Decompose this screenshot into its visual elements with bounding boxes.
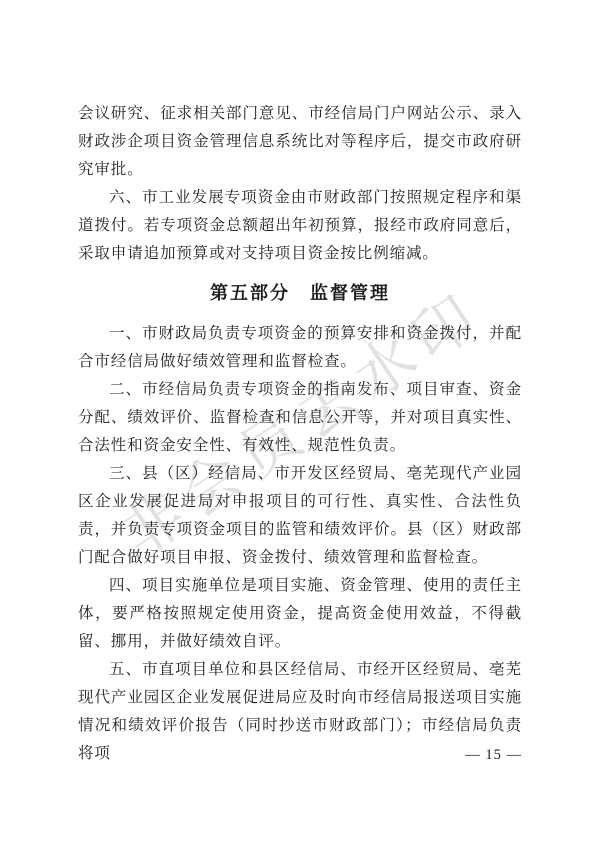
paragraph-continuation: 会议研究、征求相关部门意见、市经信局门户网站公示、录入财政涉企项目资金管理信息系…: [78, 100, 522, 184]
page-number: — 15 —: [465, 747, 522, 764]
paragraph-item-3: 三、县（区）经信局、市开发区经贸局、亳芜现代产业园区企业发展促进局对申报项目的可…: [78, 460, 522, 572]
paragraph-item-5: 五、市直项目单位和县区经信局、市经开区经贸局、亳芜现代产业园区企业发展促进局应及…: [78, 656, 522, 768]
section-heading: 第五部分 监督管理: [78, 278, 522, 308]
paragraph-item-2: 二、市经信局负责专项资金的指南发布、项目审查、资金分配、绩效评价、监督检查和信息…: [78, 376, 522, 460]
paragraph-item-4: 四、项目实施单位是项目实施、资金管理、使用的责任主体，要严格按照规定使用资金，提…: [78, 572, 522, 656]
paragraph-item-6: 六、市工业发展专项资金由市财政部门按照规定程序和渠道拨付。若专项资金总额超出年初…: [78, 184, 522, 268]
paragraph-item-1: 一、市财政局负责专项资金的预算安排和资金拨付，并配合市经信局做好绩效管理和监督检…: [78, 320, 522, 376]
document-body: 会议研究、征求相关部门意见、市经信局门户网站公示、录入财政涉企项目资金管理信息系…: [78, 100, 522, 768]
document-page: 非会员去水印 会议研究、征求相关部门意见、市经信局门户网站公示、录入财政涉企项目…: [0, 0, 600, 848]
